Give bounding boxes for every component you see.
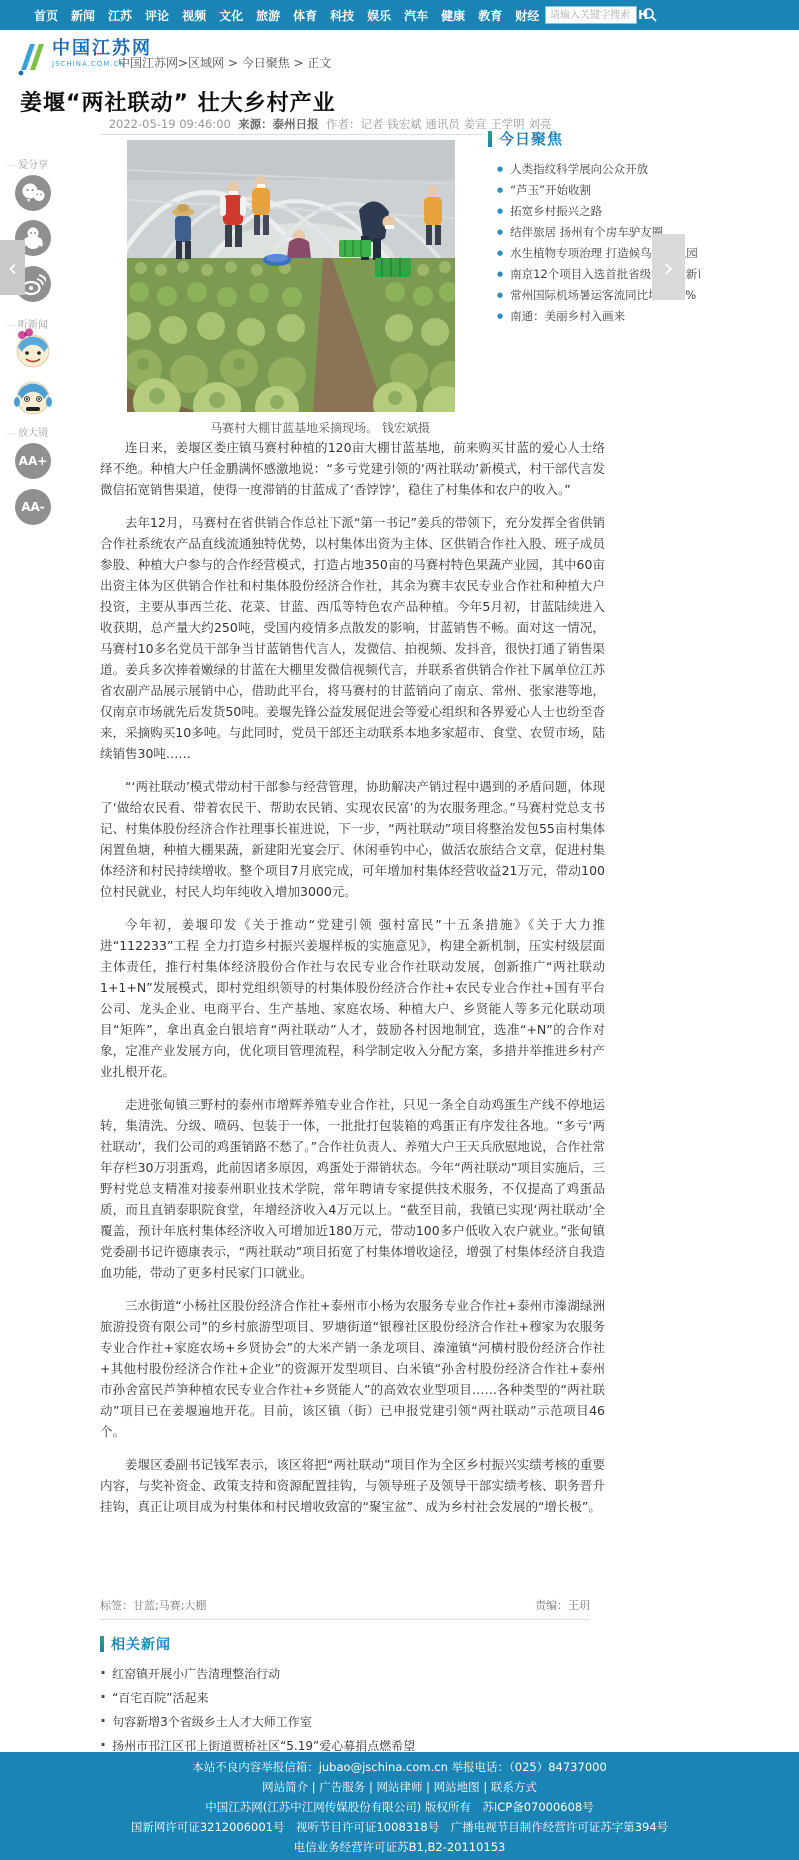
breadcrumb[interactable]: 中国江苏网>区域网 > 今日聚焦 > 正文	[118, 54, 331, 71]
nav-item-travel[interactable]: 旅游	[256, 7, 280, 24]
focus-item: 南京12个项目入选首批省级城市更新试点	[488, 263, 799, 284]
related-item-link[interactable]: 句容新增3个省级乡土人才大师工作室	[112, 1715, 312, 1729]
mascot-1-icon	[13, 328, 53, 370]
related-header: 相关新闻	[100, 1634, 600, 1654]
related-panel: 相关新闻 红窑镇开展小广告清理整治行动 “百宅百院”活起来 句容新增3个省级乡土…	[100, 1634, 600, 1757]
article-paragraph: 连日来，姜堰区娄庄镇马赛村种植的120亩大棚甘蓝基地，前来购买甘蓝的爱心人士络绎…	[100, 437, 605, 500]
editor-label: 责编：王玥	[535, 1597, 590, 1613]
article-meta-time: 2022-05-19 09:46:00	[109, 117, 231, 131]
logo-slashes-icon	[14, 38, 48, 78]
related-item: 句容新增3个省级乡土人才大师工作室	[100, 1709, 600, 1733]
section-bar-icon	[488, 131, 492, 147]
nav-item-video[interactable]: 视频	[182, 7, 206, 24]
top-nav: 首页 新闻 江苏 评论 视频 文化 旅游 体育 科技 娱乐 汽车 健康 教育 财…	[0, 0, 799, 30]
tags-label: 标签：甘蓝;马赛;大棚	[100, 1597, 206, 1613]
article-title: 姜堰“两社联动” 壮大乡村产业	[20, 86, 336, 117]
related-item-link[interactable]: “百宅百院”活起来	[112, 1691, 208, 1705]
site-footer: 本站不良内容举报信箱：jubao@jschina.com.cn 举报电话：（02…	[0, 1752, 799, 1860]
focus-item: 南通：美丽乡村入画来	[488, 305, 799, 326]
share-wechat-button[interactable]	[15, 175, 51, 211]
focus-item: 拓宽乡村振兴之路	[488, 200, 799, 221]
focus-item: 常州国际机场暑运客流同比增16.3%	[488, 284, 799, 305]
focus-item: “芦玉”开始收割	[488, 179, 799, 200]
related-title: 相关新闻	[111, 1634, 171, 1654]
article-paragraph: 走进张甸镇三野村的泰州市增辉养殖专业合作社，只见一条全自动鸡蛋生产线不停地运转，…	[100, 1094, 605, 1283]
font-increase-button[interactable]: AA+	[15, 443, 51, 479]
section-bar-icon	[100, 1636, 104, 1652]
chevron-left-icon: ‹	[8, 254, 18, 282]
related-item-link[interactable]: 扬州市邗江区邗上街道贾桥社区“5.19”爱心募捐点燃希望	[112, 1739, 415, 1753]
article-paragraph: 今年初，姜堰印发《关于推动“党建引领 强村富民”十五条措施》《关于大力推进“11…	[100, 914, 605, 1082]
listen-mascot-2-button[interactable]	[13, 376, 53, 418]
prev-article-button[interactable]: ‹	[0, 240, 25, 295]
nav-item-auto[interactable]: 汽车	[404, 7, 428, 24]
share-label: 爱分享	[6, 156, 48, 171]
tags-divider	[100, 1619, 590, 1620]
focus-item: 结伴旅居 扬州有个房车驴友圈	[488, 221, 799, 242]
article-photo	[127, 140, 455, 412]
today-focus-list: 人类指纹科学展向公众开放 “芦玉”开始收割 拓宽乡村振兴之路 结伴旅居 扬州有个…	[488, 158, 799, 326]
article-paragraph: “‘两社联动’模式带动村干部参与经营管理，协助解决产销过程中遇到的矛盾问题，体现…	[100, 776, 605, 902]
nav-item-news[interactable]: 新闻	[71, 7, 95, 24]
search-button[interactable]	[642, 7, 658, 23]
article-paragraph: 姜堰区委副书记钱军表示，该区将把“两社联动”项目作为全区乡村振兴实绩考核的重要内…	[100, 1454, 605, 1517]
focus-item-link[interactable]: 拓宽乡村振兴之路	[510, 203, 602, 219]
article-paragraph: 三水街道“小杨社区股份经济合作社+泰州市小杨为农服务专业合作社+泰州市溱湖绿洲旅…	[100, 1295, 605, 1442]
meta-divider	[100, 134, 482, 135]
article-paragraph: 去年12月，马赛村在省供销合作总社下派“第一书记”姜兵的带领下，充分发挥全省供销…	[100, 512, 605, 764]
nav-item-sports[interactable]: 体育	[293, 7, 317, 24]
zoom-label: 放大镜	[6, 424, 48, 439]
related-item: 红窑镇开展小广告清理整治行动	[100, 1661, 600, 1685]
font-increase-label: AA+	[19, 454, 48, 468]
footer-copyright-line: 中国江苏网(江苏中江网传媒股份有限公司) 版权所有 苏ICP备07000608号	[0, 1797, 799, 1817]
article-body: 连日来，姜堰区娄庄镇马赛村种植的120亩大棚甘蓝基地，前来购买甘蓝的爱心人士络绎…	[100, 437, 605, 1529]
focus-item-link[interactable]: 南通：美丽乡村入画来	[510, 308, 625, 324]
next-article-button[interactable]: ›	[652, 234, 685, 300]
article-meta-source: 来源：泰州日报	[238, 117, 319, 131]
focus-item-link[interactable]: 人类指纹科学展向公众开放	[510, 161, 648, 177]
tags-row: 标签：甘蓝;马赛;大棚 责编：王玥	[100, 1597, 590, 1613]
listen-mascot-1-button[interactable]	[13, 328, 53, 370]
photo-caption: 马赛村大棚甘蓝基地采摘现场。 钱宏斌摄	[100, 419, 540, 436]
today-focus-title: 今日聚焦	[499, 128, 563, 149]
mascot-2-icon	[13, 376, 53, 418]
related-item-link[interactable]: 红窑镇开展小广告清理整治行动	[112, 1667, 280, 1681]
nav-item-jiangsu[interactable]: 江苏	[108, 7, 132, 24]
footer-links-line[interactable]: 网站简介 | 广告服务 | 网站律师 | 网站地图 | 联系方式	[0, 1777, 799, 1797]
logo-strip: 中国江苏网 JSCHINA.COM.CN 中国江苏网>区域网 > 今日聚焦 > …	[0, 30, 799, 88]
footer-report-line: 本站不良内容举报信箱：jubao@jschina.com.cn 举报电话：（02…	[0, 1757, 799, 1777]
search-icon	[642, 7, 658, 23]
nav-item-finance[interactable]: 财经	[515, 7, 539, 24]
related-item: “百宅百院”活起来	[100, 1685, 600, 1709]
focus-item: 人类指纹科学展向公众开放	[488, 158, 799, 179]
focus-item-link[interactable]: 结伴旅居 扬州有个房车驴友圈	[510, 224, 663, 240]
chevron-right-icon: ›	[663, 251, 674, 284]
footer-license-line: 国新网许可证3212006001号 视听节目许可证1008318号 广播电视节目…	[0, 1817, 799, 1837]
today-focus-header: 今日聚焦	[488, 128, 799, 149]
wechat-icon	[20, 181, 46, 205]
footer-telecom-line: 电信业务经营许可证苏B1,B2-20110153	[0, 1837, 799, 1857]
nav-item-culture[interactable]: 文化	[219, 7, 243, 24]
today-focus-panel: 今日聚焦 人类指纹科学展向公众开放 “芦玉”开始收割 拓宽乡村振兴之路 结伴旅居…	[488, 128, 799, 326]
related-list: 红窑镇开展小广告清理整治行动 “百宅百院”活起来 句容新增3个省级乡土人才大师工…	[100, 1661, 600, 1757]
search-input[interactable]	[545, 6, 637, 24]
page: { "nav": { "items": ["首页","新闻","江苏","评论"…	[0, 0, 799, 1860]
nav-item-home[interactable]: 首页	[34, 7, 58, 24]
focus-item: 水生植物专项治理 打造候鸟栖息乐园	[488, 242, 799, 263]
focus-item-link[interactable]: “芦玉”开始收割	[510, 182, 591, 198]
nav-item-health[interactable]: 健康	[441, 7, 465, 24]
nav-item-tech[interactable]: 科技	[330, 7, 354, 24]
font-decrease-label: AA-	[21, 500, 45, 514]
nav-item-entertainment[interactable]: 娱乐	[367, 7, 391, 24]
nav-item-comment[interactable]: 评论	[145, 7, 169, 24]
font-decrease-button[interactable]: AA-	[15, 489, 51, 525]
nav-item-education[interactable]: 教育	[478, 7, 502, 24]
